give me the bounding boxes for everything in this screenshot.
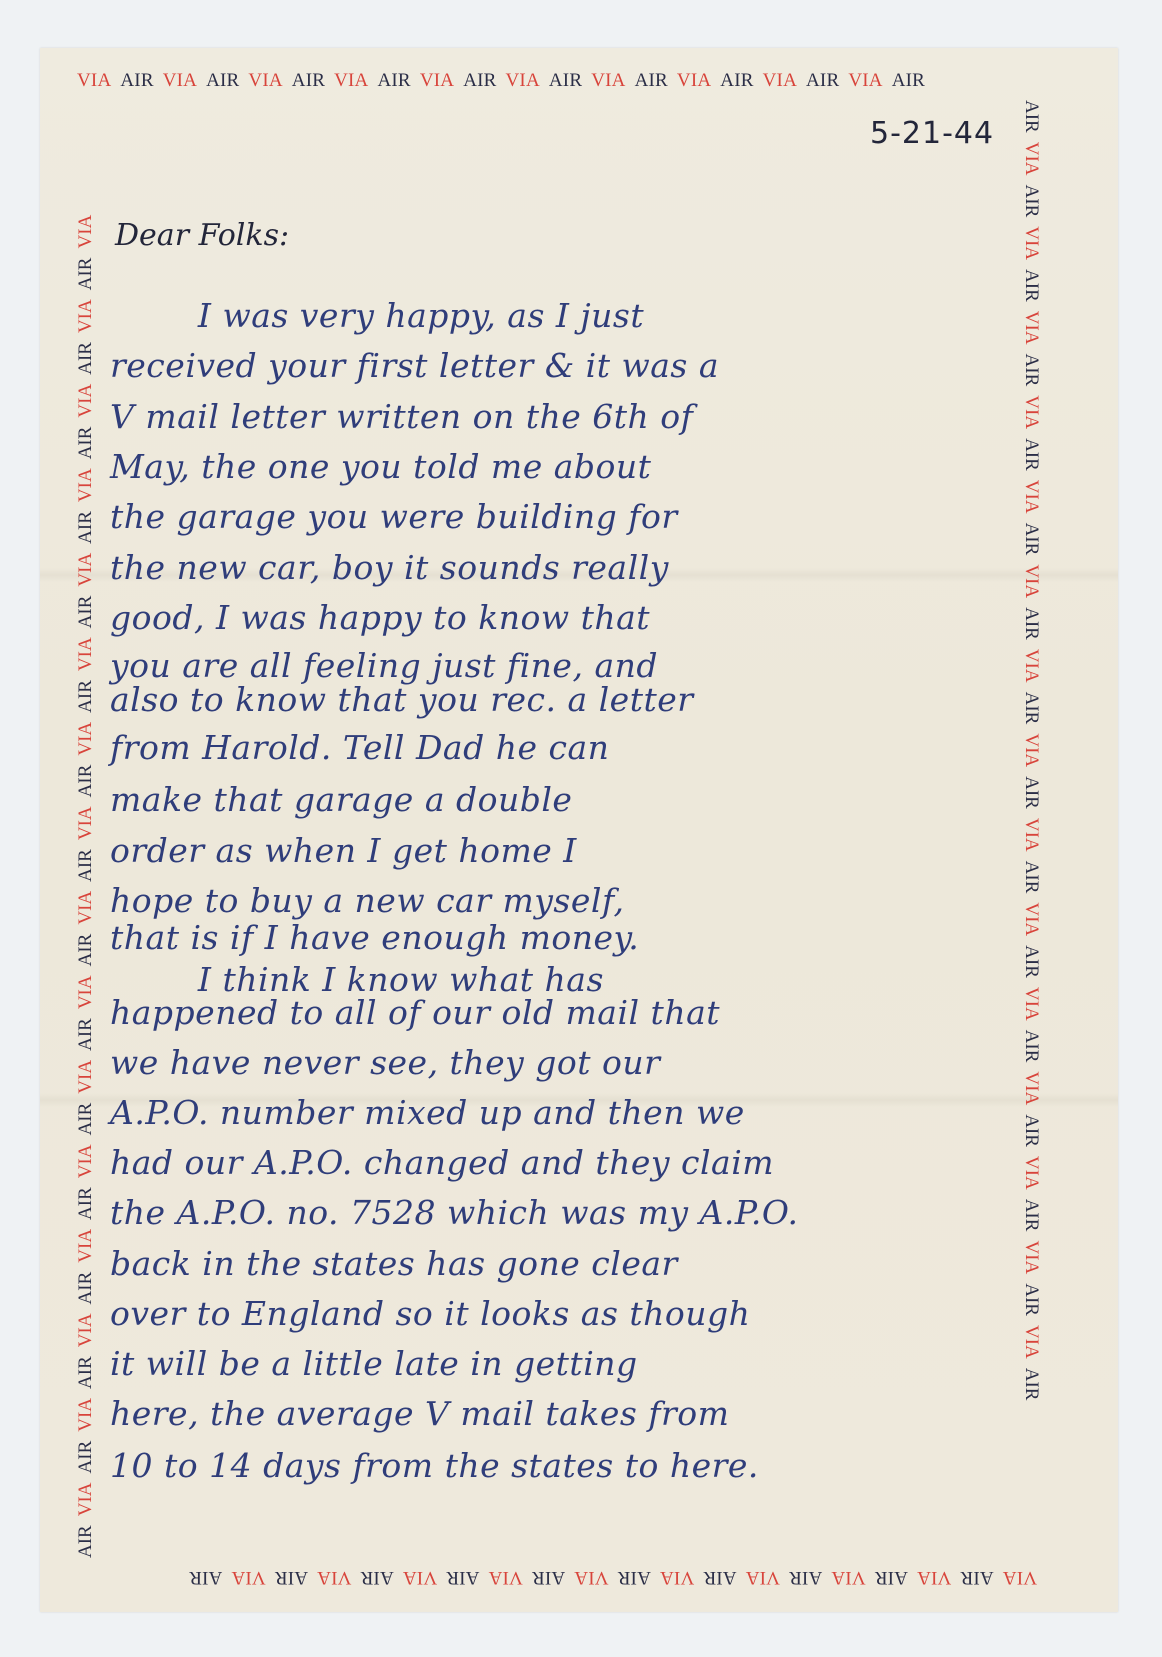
via-word: VIA [334,70,368,91]
letter-line: from Harold. Tell Dad he can [110,728,609,767]
air-word: AIR [549,70,582,91]
via-word: VIA [317,1567,351,1588]
letter-greeting: Dear Folks: [115,218,289,253]
air-word: AIR [75,1103,96,1136]
air-word: AIR [206,70,239,91]
via-word: VIA [1021,649,1042,683]
via-word: VIA [488,1567,522,1588]
via-word: VIA [1021,142,1042,176]
letter-line: back in the states has gone clear [110,1244,678,1283]
letter-line: over to England so it looks as though [110,1294,750,1333]
air-word: AIR [446,1567,479,1588]
air-word: AIR [635,70,668,91]
letter-line: hope to buy a new car myself, [110,881,624,920]
air-word: AIR [532,1567,565,1588]
via-word: VIA [420,70,454,91]
letter-line: 10 to 14 days from the states to here. [110,1446,759,1485]
via-word: VIA [831,1567,865,1588]
air-word: AIR [1021,1114,1042,1147]
air-word: AIR [1021,692,1042,725]
via-word: VIA [75,806,96,840]
via-word: VIA [403,1567,437,1588]
air-word: AIR [120,70,153,91]
via-word: VIA [917,1567,951,1588]
air-word: AIR [75,1187,96,1220]
letter-line: order as when I get home I [110,831,577,870]
via-word: VIA [75,553,96,587]
air-word: AIR [75,765,96,798]
via-word: VIA [75,1313,96,1347]
via-word: VIA [75,975,96,1009]
air-word: AIR [75,1525,96,1558]
letter-line: V mail letter written on the 6th of [110,397,693,436]
air-word: AIR [1021,945,1042,978]
air-word: AIR [1021,1030,1042,1063]
via-word: VIA [677,70,711,91]
via-word: VIA [1021,226,1042,260]
via-word: VIA [1003,1567,1037,1588]
air-word: AIR [892,70,925,91]
via-word: VIA [1021,902,1042,936]
letter-date: 5-21-44 [870,116,994,151]
letter-line: the A.P.O. no. 7528 which was my A.P.O. [110,1193,798,1232]
via-word: VIA [848,70,882,91]
letter-line: A.P.O. number mixed up and then we [110,1093,745,1132]
air-word: AIR [1021,1283,1042,1316]
air-word: AIR [75,342,96,375]
letter-line: had our A.P.O. changed and they claim [110,1143,774,1182]
letter-line: good, I was happy to know that [110,598,650,637]
air-word: AIR [1021,438,1042,471]
via-word: VIA [746,1567,780,1588]
via-word: VIA [574,1567,608,1588]
via-word: VIA [75,299,96,333]
via-word: VIA [75,468,96,502]
air-word: AIR [75,680,96,713]
air-word: AIR [75,934,96,967]
letter-line: here, the average V mail takes from [110,1394,729,1433]
air-word: AIR [463,70,496,91]
via-word: VIA [75,1482,96,1516]
air-word: AIR [75,258,96,291]
letter-line: make that garage a double [110,780,572,819]
via-word: VIA [763,70,797,91]
air-word: AIR [75,1272,96,1305]
via-word: VIA [660,1567,694,1588]
letter-line: we have never see, they got our [110,1043,660,1082]
letter-line: I was very happy, as I just [110,296,644,335]
via-word: VIA [75,384,96,418]
air-word: AIR [1021,100,1042,133]
via-word: VIA [1021,1325,1042,1359]
via-word: VIA [1021,1240,1042,1274]
air-word: AIR [75,427,96,460]
air-word: AIR [1021,269,1042,302]
via-word: VIA [75,1060,96,1094]
via-word: VIA [506,70,540,91]
air-word: AIR [1021,185,1042,218]
via-word: VIA [163,70,197,91]
via-word: VIA [248,70,282,91]
via-word: VIA [75,637,96,671]
air-word: AIR [617,1567,650,1588]
via-word: VIA [77,70,111,91]
airmail-letter-sheet: VIAAIRVIAAIRVIAAIRVIAAIRVIAAIRVIAAIRVIAA… [40,48,1118,1612]
letter-line: received your first letter & it was a [110,346,719,385]
air-word: AIR [875,1567,908,1588]
letter-line: it will be a little late in getting [110,1344,638,1383]
air-word: AIR [806,70,839,91]
air-word: AIR [1021,776,1042,809]
air-word: AIR [75,849,96,882]
via-word: VIA [1021,480,1042,514]
via-air-border-left: AIRVIAAIRVIAAIRVIAAIRVIAAIRVIAAIRVIAAIRV… [75,206,97,1558]
air-word: AIR [1021,354,1042,387]
air-word: AIR [789,1567,822,1588]
via-word: VIA [1021,1156,1042,1190]
via-air-border-right: AIRVIAAIRVIAAIRVIAAIRVIAAIRVIAAIRVIAAIRV… [1020,100,1042,1409]
via-word: VIA [75,1144,96,1178]
via-word: VIA [591,70,625,91]
letter-line: happened to all of our old mail that [110,993,720,1032]
air-word: AIR [1021,523,1042,556]
via-air-border-bottom: VIAAIRVIAAIRVIAAIRVIAAIRVIAAIRVIAAIRVIAA… [180,1566,1037,1588]
air-word: AIR [377,70,410,91]
air-word: AIR [1021,607,1042,640]
via-word: VIA [75,891,96,925]
letter-line: May, the one you told me about [110,447,651,486]
air-word: AIR [75,596,96,629]
air-word: AIR [960,1567,993,1588]
letter-line: that is if I have enough money. [110,918,639,957]
air-word: AIR [75,511,96,544]
air-word: AIR [720,70,753,91]
air-word: AIR [360,1567,393,1588]
via-word: VIA [1021,733,1042,767]
via-word: VIA [1021,564,1042,598]
via-air-border-top: VIAAIRVIAAIRVIAAIRVIAAIRVIAAIRVIAAIRVIAA… [77,70,934,92]
air-word: AIR [189,1567,222,1588]
air-word: AIR [1021,1368,1042,1401]
via-word: VIA [1021,395,1042,429]
air-word: AIR [703,1567,736,1588]
via-word: VIA [1021,311,1042,345]
via-word: VIA [231,1567,265,1588]
via-word: VIA [75,215,96,249]
air-word: AIR [75,1441,96,1474]
air-word: AIR [75,1356,96,1389]
air-word: AIR [292,70,325,91]
via-word: VIA [1021,987,1042,1021]
via-word: VIA [75,1398,96,1432]
letter-line: the new car, boy it sounds really [110,548,669,587]
via-word: VIA [75,722,96,756]
air-word: AIR [1021,1199,1042,1232]
air-word: AIR [1021,861,1042,894]
letter-line: also to know that you rec. a letter [110,680,694,719]
via-word: VIA [1021,1071,1042,1105]
letter-line: the garage you were building for [110,497,678,536]
air-word: AIR [75,1018,96,1051]
air-word: AIR [275,1567,308,1588]
via-word: VIA [75,1229,96,1263]
via-word: VIA [1021,818,1042,852]
